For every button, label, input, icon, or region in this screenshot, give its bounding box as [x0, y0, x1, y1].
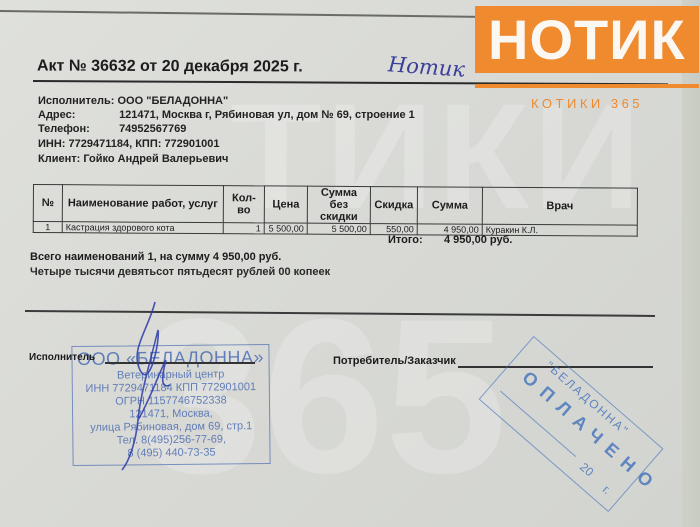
document-title: Акт № 36632 от 20 декабря 2025 г. — [37, 58, 303, 77]
cell-no: 1 — [33, 222, 62, 233]
cell-sum-no-discount: 5 500,00 — [307, 223, 370, 234]
col-no: № — [33, 185, 62, 222]
paid-stamp-year-suffix: г. — [600, 482, 614, 497]
address-row: Адрес: 121471, Москва г, Рябиновая ул, д… — [38, 109, 415, 121]
total-value: 4 950,00 руб. — [444, 234, 512, 246]
col-price: Цена — [264, 186, 307, 223]
inn-kpp: ИНН: 7729471184, КПП: 772901001 — [38, 138, 220, 150]
address-label: Адрес: — [38, 109, 116, 121]
col-qty: Кол-во — [223, 186, 264, 223]
stamp-line: ИНН 7729471184 КПП 772901001 — [73, 381, 269, 396]
services-table: № Наименование работ, услуг Кол-во Цена … — [33, 184, 638, 237]
phone-value: 74952567769 — [119, 123, 186, 135]
logo-underline — [475, 84, 699, 88]
customer-signature-label: Потребитель/Заказчик — [333, 355, 456, 367]
stamp-line: улица Рябиновая, дом 69, стр.1 — [73, 420, 269, 435]
col-discount: Скидка — [370, 187, 417, 224]
executor-signature-label: Исполнитель — [29, 352, 95, 363]
phone-label: Телефон: — [38, 123, 116, 135]
cell-qty: 1 — [223, 223, 264, 234]
executor-signature-line — [105, 362, 255, 364]
paper-right-edge — [682, 0, 700, 527]
executor-value: ООО "БЕЛАДОННА" — [118, 95, 229, 107]
cell-price: 5 500,00 — [264, 223, 307, 234]
col-name: Наименование работ, услуг — [62, 185, 223, 223]
client: Клиент: Гойко Андрей Валерьевич — [38, 153, 228, 165]
phone-row: Телефон: 74952567769 — [38, 123, 186, 135]
summary-count-amount: Всего наименований 1, на сумму 4 950,00 … — [30, 251, 281, 263]
logo-subtitle: КОТИКИ 365 — [531, 96, 643, 111]
logo-title: НОТИК — [488, 6, 686, 74]
col-sum-no-discount: Сумма без скидки — [307, 186, 370, 223]
col-doctor: Врач — [482, 187, 637, 225]
address-value: 121471, Москва г, Рябиновая ул, дом № 69… — [119, 109, 415, 121]
stamp-line: 8 (495) 440-73-35 — [73, 446, 269, 461]
executor-row: Исполнитель: ООО "БЕЛАДОННА" — [38, 95, 228, 107]
paid-stamp-year-prefix: 20 — [577, 460, 596, 479]
stamp-org-name: ООО «БЕЛАДОННА» — [72, 347, 268, 370]
col-sum: Сумма — [417, 187, 482, 224]
cell-name: Кастрация здорового кота — [62, 222, 223, 234]
summary-amount-words: Четыре тысячи девятьсот пятьдесят рублей… — [30, 266, 330, 278]
executor-label: Исполнитель: — [38, 95, 114, 107]
total-label: Итого: — [388, 234, 423, 246]
table-header-row: № Наименование работ, услуг Кол-во Цена … — [33, 185, 637, 226]
